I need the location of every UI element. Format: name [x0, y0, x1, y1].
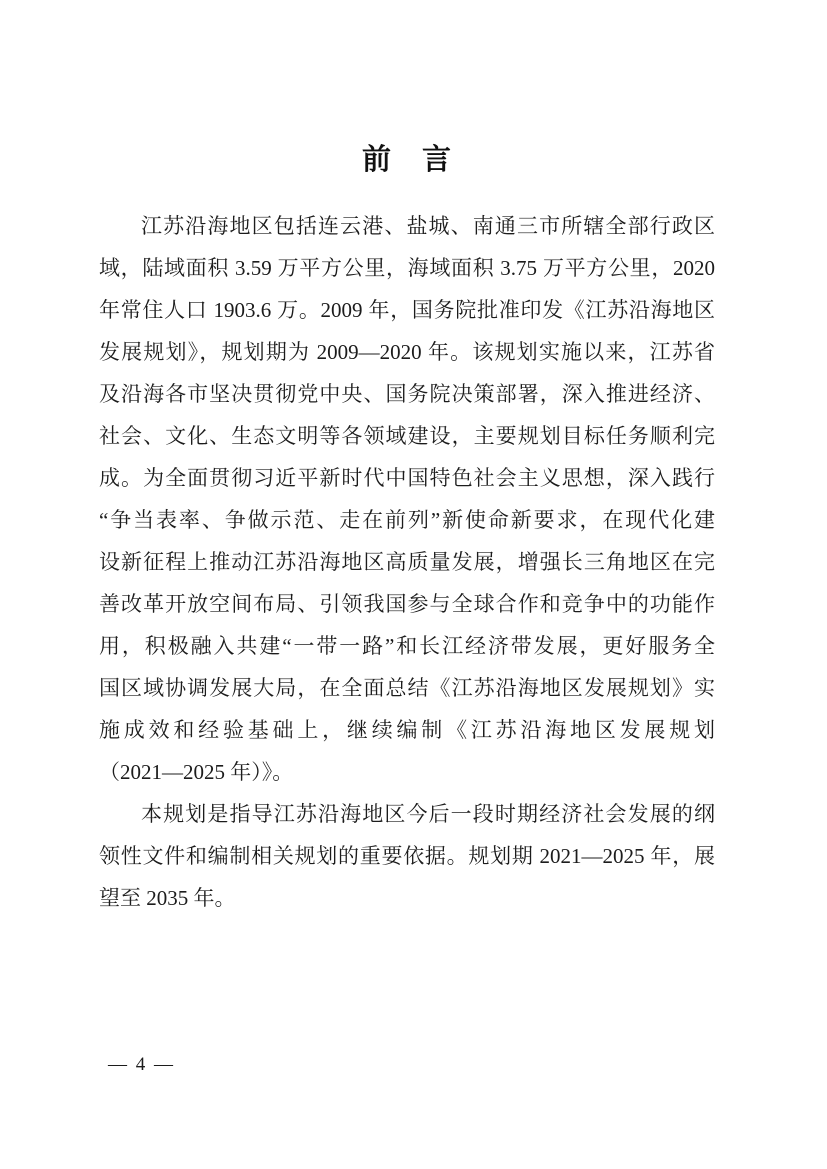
document-page: 前 言 江苏沿海地区包括连云港、盐城、南通三市所辖全部行政区 域，陆域面积 3.… [0, 0, 827, 1169]
body-line: 善改革开放空间布局、引领我国参与全球合作和竞争中的功能作 [99, 583, 715, 625]
body-line: 发展规划》，规划期为 2009—2020 年。该规划实施以来，江苏省 [99, 331, 715, 373]
body-line: 设新征程上推动江苏沿海地区高质量发展，增强长三角地区在完 [99, 541, 715, 583]
body-line: （2021—2025 年）》。 [99, 751, 715, 793]
body-line: 国区域协调发展大局，在全面总结《江苏沿海地区发展规划》实 [99, 667, 715, 709]
body-line: 江苏沿海地区包括连云港、盐城、南通三市所辖全部行政区 [99, 205, 715, 247]
body-line: 用，积极融入共建“一带一路”和长江经济带发展，更好服务全 [99, 625, 715, 667]
body-line: 领性文件和编制相关规划的重要依据。规划期 2021—2025 年，展 [99, 835, 715, 877]
body-line: 及沿海各市坚决贯彻党中央、国务院决策部署，深入推进经济、 [99, 373, 715, 415]
body-line: “争当表率、争做示范、走在前列”新使命新要求，在现代化建 [99, 499, 715, 541]
page-title: 前 言 [99, 141, 715, 177]
body-line: 施成效和经验基础上，继续编制《江苏沿海地区发展规划 [99, 709, 715, 751]
body-line: 社会、文化、生态文明等各领域建设，主要规划目标任务顺利完 [99, 415, 715, 457]
body-line: 成。为全面贯彻习近平新时代中国特色社会主义思想，深入践行 [99, 457, 715, 499]
paragraph: 江苏沿海地区包括连云港、盐城、南通三市所辖全部行政区 域，陆域面积 3.59 万… [99, 205, 715, 793]
paragraph: 本规划是指导江苏沿海地区今后一段时期经济社会发展的纲 领性文件和编制相关规划的重… [99, 793, 715, 919]
body-line: 本规划是指导江苏沿海地区今后一段时期经济社会发展的纲 [99, 793, 715, 835]
body-line: 望至 2035 年。 [99, 877, 715, 919]
body-line: 域，陆域面积 3.59 万平方公里，海域面积 3.75 万平方公里，2020 [99, 247, 715, 289]
page-number: — 4 — [108, 1051, 175, 1079]
text-block: 前 言 江苏沿海地区包括连云港、盐城、南通三市所辖全部行政区 域，陆域面积 3.… [99, 141, 715, 919]
body-line: 年常住人口 1903.6 万。2009 年，国务院批准印发《江苏沿海地区 [99, 289, 715, 331]
